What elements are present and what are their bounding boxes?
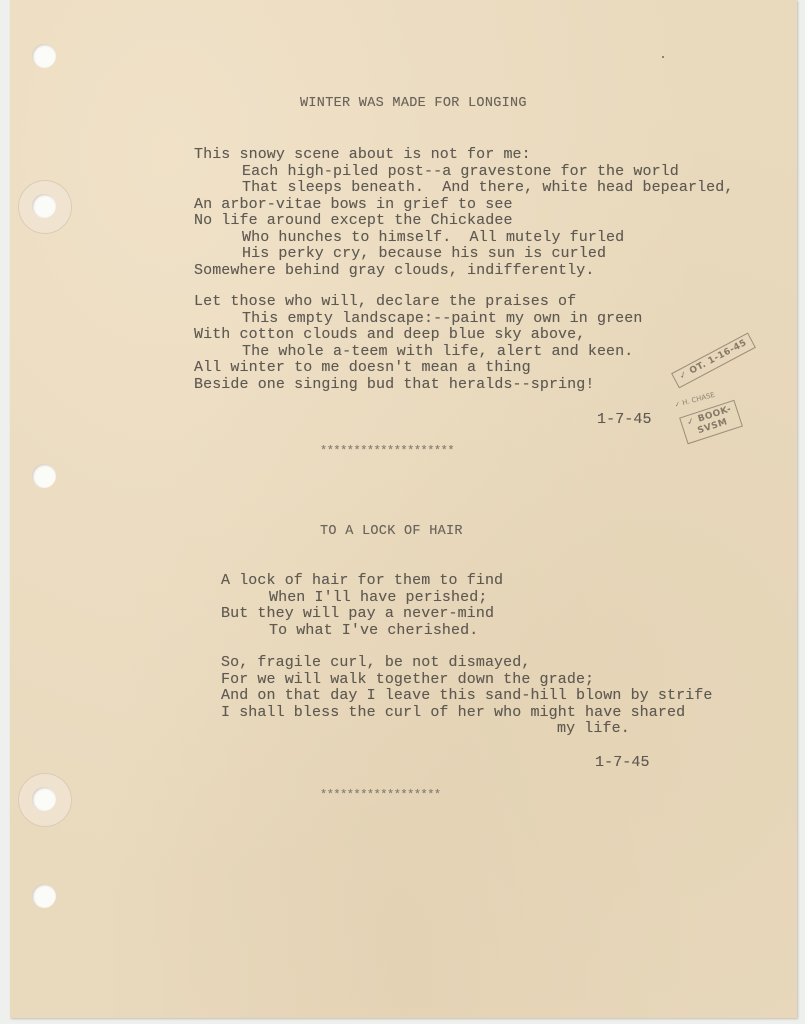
typewritten-page: WINTER WAS MADE FOR LONGING This snowy s… — [10, 0, 797, 1018]
binder-hole — [32, 787, 56, 811]
poem-line: That sleeps beneath. And there, white he… — [194, 180, 733, 197]
poem-line: An arbor-vitae bows in grief to see — [194, 197, 733, 214]
poem-title: WINTER WAS MADE FOR LONGING — [300, 96, 527, 113]
poem-line: Beside one singing bud that heralds--spr… — [194, 377, 642, 394]
poem-stanza: Let those who will, declare the praises … — [194, 294, 642, 393]
poem-stanza: A lock of hair for them to findWhen I'll… — [221, 573, 503, 639]
poem-title: TO A LOCK OF HAIR — [320, 524, 463, 541]
poem-date: 1-7-45 — [597, 412, 652, 429]
poem-line: Somewhere behind gray clouds, indifferen… — [194, 263, 733, 280]
ink-speck — [662, 56, 664, 58]
poem-line: For we will walk together down the grade… — [221, 672, 712, 689]
poem-line: To what I've cherished. — [221, 623, 503, 640]
poem-line: When I'll have perished; — [221, 590, 503, 607]
poem-line: This empty landscape:--paint my own in g… — [194, 311, 642, 328]
section-separator: ****************** — [320, 787, 441, 804]
poem-line: And on that day I leave this sand-hill b… — [221, 688, 712, 705]
poem-line: A lock of hair for them to find — [221, 573, 503, 590]
poem-line: With cotton clouds and deep blue sky abo… — [194, 327, 642, 344]
handwritten-note: ✓ H. CHASE — [674, 391, 716, 409]
poem-line: His perky cry, because his sun is curled — [194, 246, 733, 263]
poem-line: This snowy scene about is not for me: — [194, 147, 733, 164]
poem-stanza: This snowy scene about is not for me:Eac… — [194, 147, 733, 279]
poem-line: All winter to me doesn't mean a thing — [194, 360, 642, 377]
poem-line: So, fragile curl, be not dismayed, — [221, 655, 712, 672]
poem-line: I shall bless the curl of her who might … — [221, 705, 712, 722]
handwritten-stamp: ✓ BOOK- SVSM — [679, 400, 743, 445]
poem-date: 1-7-45 — [595, 755, 650, 772]
poem-line: The whole a-teem with life, alert and ke… — [194, 344, 642, 361]
poem-line: No life around except the Chickadee — [194, 213, 733, 230]
binder-hole — [32, 884, 56, 908]
poem-line: Let those who will, declare the praises … — [194, 294, 642, 311]
handwritten-stamp: ✓ OT. 1-16-45 — [671, 333, 756, 389]
poem-line: Each high-piled post--a gravestone for t… — [194, 164, 733, 181]
binder-hole — [32, 194, 56, 218]
poem-line: But they will pay a never-mind — [221, 606, 503, 623]
section-separator: ******************** — [320, 443, 454, 460]
binder-hole — [32, 464, 56, 488]
binder-hole — [32, 44, 56, 68]
poem-stanza: So, fragile curl, be not dismayed,For we… — [221, 655, 712, 738]
poem-line: Who hunches to himself. All mutely furle… — [194, 230, 733, 247]
poem-line: my life. — [221, 721, 712, 738]
